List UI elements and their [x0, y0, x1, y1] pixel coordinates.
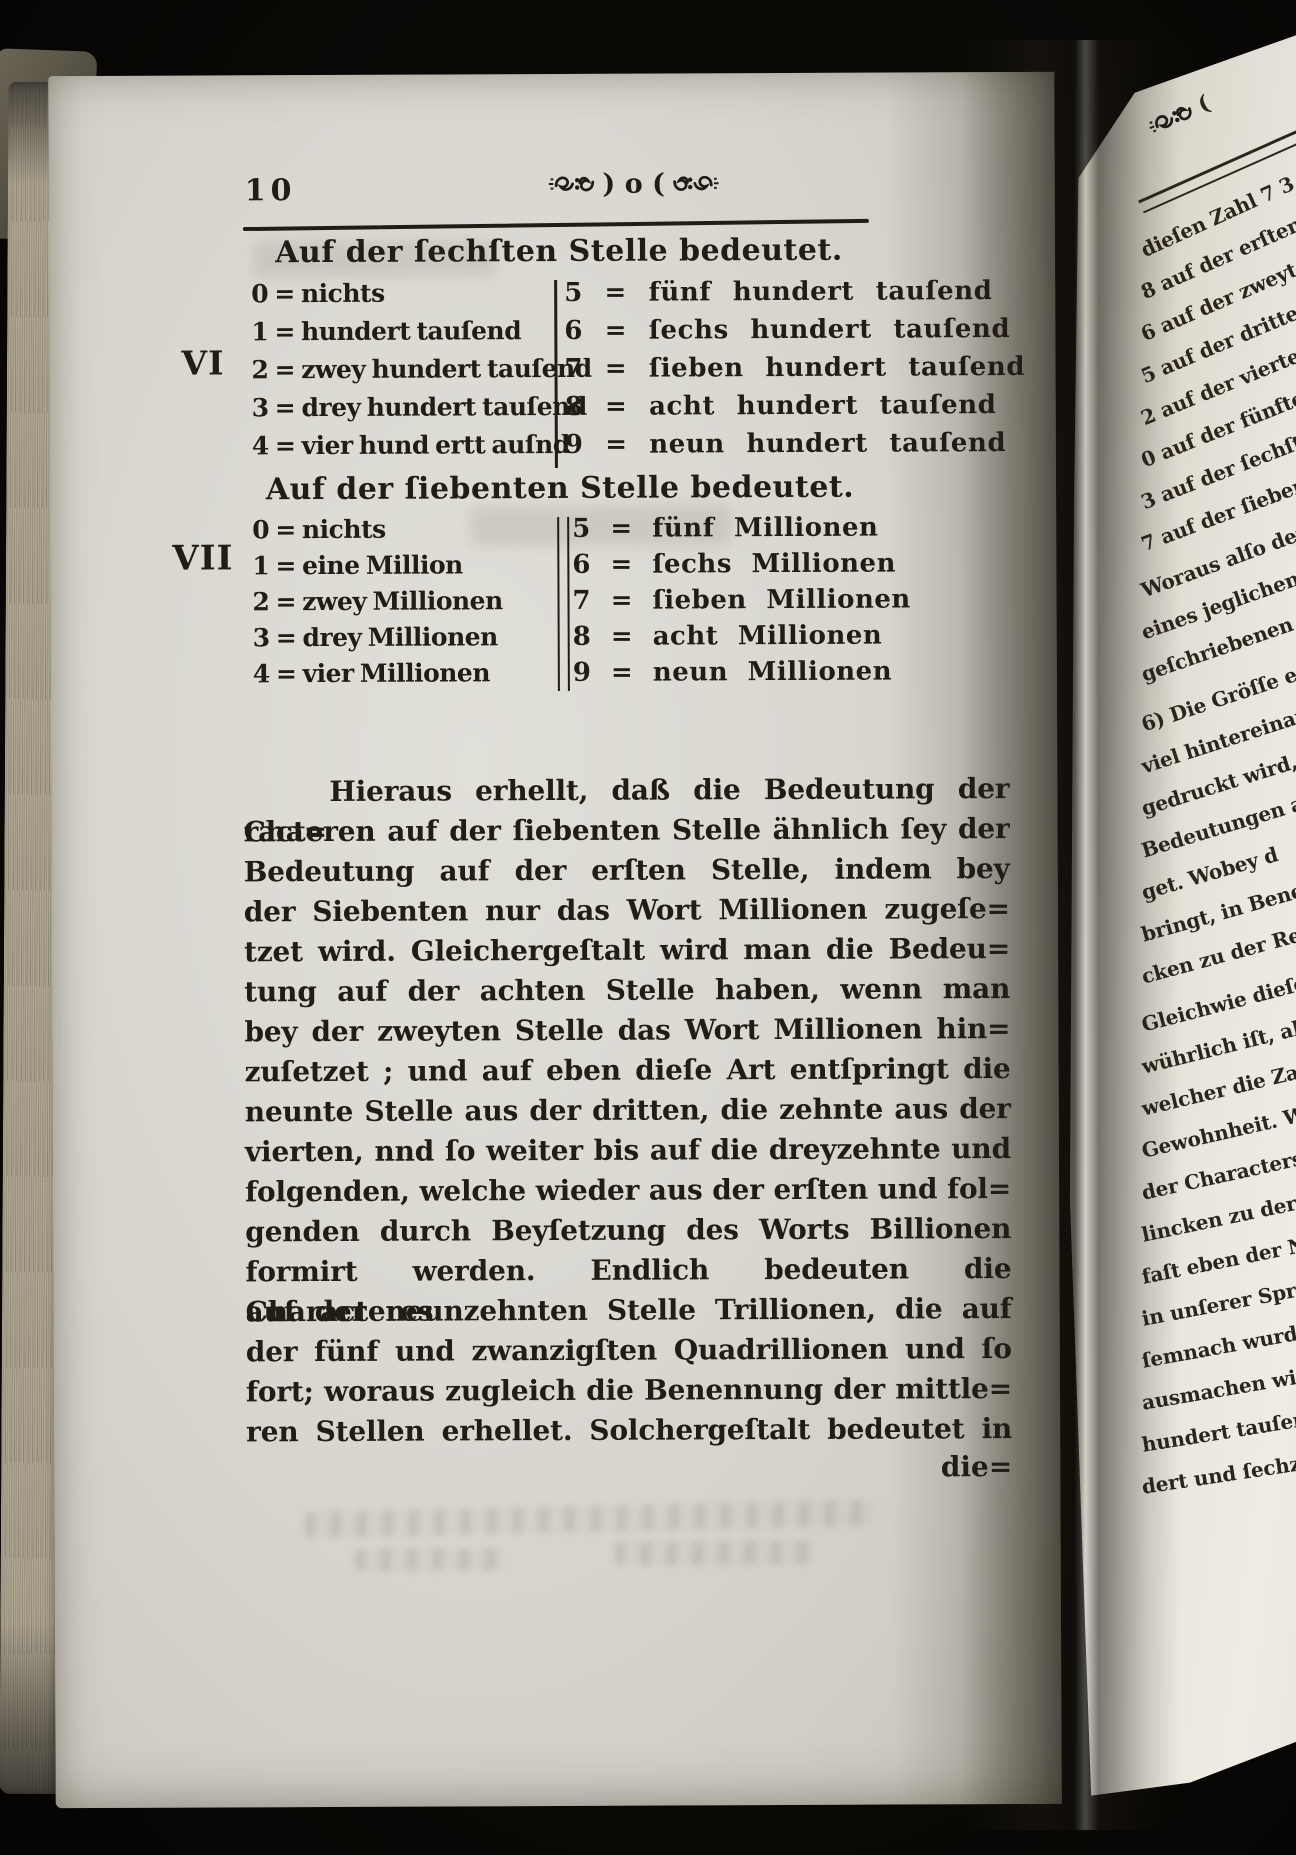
table-row: 5 = fünf Millionen [572, 509, 910, 546]
left-page: 10 ) o ( Auf der ſechſten Stelle bedeute… [48, 72, 1062, 1808]
table-row: 6 = ſechs hundert tauſend [564, 310, 1025, 350]
body-text-line: tung auf der achten Stelle haben, wenn m… [244, 969, 1010, 1012]
show-through [615, 1541, 815, 1566]
table-row: 9 = neun Millionen [573, 653, 911, 690]
table-row: 3 = drey hundert tauſend [252, 388, 592, 427]
table-seven-numeral: VII [172, 538, 233, 578]
fleuron-icon [548, 173, 594, 195]
table-row: 4 = vier Millionen [253, 655, 503, 692]
right-page: ( dieſen Zahl 7 3 0 28 auf der erſten St… [1040, 0, 1296, 1855]
body-text-line: Bedeutung auf der erſten Stelle, indem b… [244, 849, 1010, 892]
table-row: 2 = zwey hundert tauſend [251, 350, 591, 389]
body-text-line: vierten, nnd ſo weiter bis auf die dreyz… [245, 1129, 1011, 1172]
body-text-line: neunte Stelle aus der dritten, die zehnt… [245, 1089, 1011, 1132]
show-through [304, 1500, 874, 1538]
table-six-numeral: VI [181, 343, 224, 382]
table-six-right-column: 5 = fünf hundert tauſend6 = ſechs hunder… [564, 272, 1025, 464]
fleuron-icon [673, 172, 719, 194]
body-text-line: Hieraus erhellt, daß die Bedeutung der C… [243, 769, 1009, 812]
body-text-line: bey der zweyten Stelle das Wort Millione… [244, 1009, 1010, 1052]
table-row: 9 = neun hundert tauſend [565, 424, 1026, 464]
table-row: 0 = nichts [252, 511, 502, 548]
show-through [355, 1548, 505, 1571]
body-text-line: fort; woraus zugleich die Benennung der … [246, 1369, 1012, 1412]
body-text-line: auf der neunzehnten Stelle Trillionen, d… [246, 1289, 1012, 1332]
body-text-line: ren Stellen erhellet. Solchergeſtalt bed… [246, 1409, 1012, 1452]
table-row: 8 = acht Millionen [573, 617, 911, 654]
body-text-line: der fünf und zwanzigſten Quadrillionen u… [246, 1329, 1012, 1372]
header-ornament: ) o ( [429, 163, 839, 205]
table-row: 1 = eine Million [252, 547, 502, 584]
body-text-line: formirt werden. Endlich bedeuten die Cha… [245, 1249, 1011, 1292]
table-row: 5 = fünf hundert tauſend [564, 272, 1025, 312]
table-row: 8 = acht hundert tauſend [565, 386, 1026, 426]
facing-header-ornament: ( [1143, 90, 1214, 141]
body-text-line: folgenden, welche wieder aus der erſten … [245, 1169, 1011, 1212]
facing-text-block: dieſen Zahl 7 3 0 28 auf der erſten Stel… [1142, 230, 1296, 1508]
table-row: 2 = zwey Millionen [252, 583, 502, 620]
body-text-line: racteren auf der ſiebenten Stelle ähnlic… [243, 809, 1009, 852]
catchword: die= [246, 1450, 1012, 1486]
table-row: 7 = ſieben hundert tauſend [564, 348, 1025, 388]
ornament-text: ) o ( [602, 168, 664, 199]
table-seven-heading: Auf der ſiebenten Stelle bedeutet. [240, 470, 880, 508]
column-divider-double [557, 517, 570, 691]
table-row: 3 = drey Millionen [253, 619, 503, 656]
table-row: 1 = hundert tauſend [251, 312, 591, 351]
table-six-left-column: 0 = nichts1 = hundert tauſend2 = zwey hu… [251, 274, 592, 465]
table-row: 0 = nichts [251, 274, 591, 313]
table-six-heading: Auf der ſechſten Stelle bedeutet. [239, 233, 879, 271]
body-text-line: genden durch Beyſetzung des Worts Billio… [245, 1209, 1011, 1252]
book-photo: 10 ) o ( Auf der ſechſten Stelle bedeute… [0, 0, 1296, 1855]
body-paragraph: Hieraus erhellt, daß die Bedeutung der C… [243, 769, 1012, 1452]
body-text-line: zuſetzet ; und auf eben dieſe Art entſpr… [244, 1049, 1010, 1092]
table-seven-left-column: 0 = nichts1 = eine Million2 = zwey Milli… [252, 511, 503, 692]
table-seven-right-column: 5 = fünf Millionen6 = ſechs Millionen7 =… [572, 509, 911, 690]
header-rule [243, 219, 869, 231]
facing-ornament-text: ( [1194, 90, 1214, 118]
table-row: 4 = vier hund ertt auſnd [252, 426, 592, 465]
body-text-line: tzet wird. Gleichergeſtalt wird man die … [244, 929, 1010, 972]
table-row: 6 = ſechs Millionen [572, 545, 910, 582]
fleuron-icon [1144, 99, 1199, 139]
table-row: 7 = ſieben Millionen [572, 581, 910, 618]
page-number: 10 [245, 173, 297, 208]
body-text-line: der Siebenten nur das Wort Millionen zug… [244, 889, 1010, 932]
